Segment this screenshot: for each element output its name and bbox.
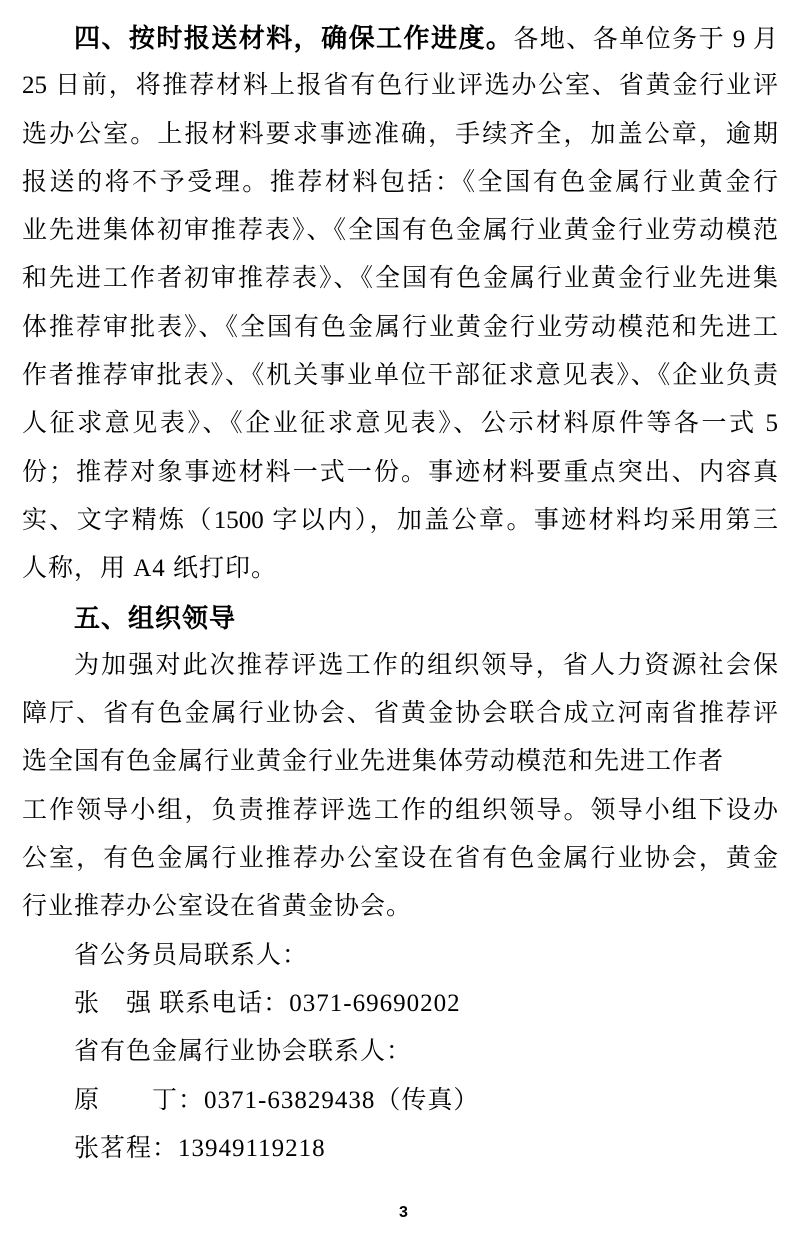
text-line-5: 业先进集体初审推荐表》、《全国有色金属行业黄金行业劳动模范 bbox=[22, 207, 778, 255]
text-line-23: 原 丁：0371-63829438（传真） bbox=[22, 1077, 778, 1125]
bold-heading-run: 四、按时报送材料，确保工作进度。 bbox=[74, 23, 513, 53]
text-line-9: 人征求意见表》、《企业征求意见表》、公示材料原件等各一式 5 bbox=[22, 400, 778, 448]
text-line-18: 公室，有色金属行业推荐办公室设在省有色金属行业协会，黄金 bbox=[22, 835, 778, 883]
text-run: 和先进工作者初审推荐表》、《全国有色金属行业黄金行业先进集 bbox=[22, 265, 778, 292]
text-run: 选办公室。上报材料要求事迹准确，手续齐全，加盖公章，逾期 bbox=[22, 121, 778, 148]
text-line-10: 份；推荐对象事迹材料一式一份。事迹材料要重点突出、内容真 bbox=[22, 449, 778, 497]
text-line-17: 工作领导小组，负责推荐评选工作的组织领导。领导小组下设办 bbox=[22, 787, 778, 835]
text-line-1: 四、按时报送材料，确保工作进度。各地、各单位务于 9 月 bbox=[22, 14, 778, 62]
bold-heading-run: 五、组织领导 bbox=[74, 603, 236, 633]
text-run: 张茗程：13949119218 bbox=[74, 1135, 326, 1162]
text-line-24: 张茗程：13949119218 bbox=[22, 1125, 778, 1173]
text-line-13: 五、组织领导 bbox=[22, 594, 778, 642]
text-line-21: 张 强 联系电话：0371-69690202 bbox=[22, 980, 778, 1028]
text-run: 张 强 联系电话：0371-69690202 bbox=[74, 990, 461, 1017]
text-line-16: 选全国有色金属行业黄金行业先进集体劳动模范和先进工作者 bbox=[22, 738, 778, 786]
text-run: 份；推荐对象事迹材料一式一份。事迹材料要重点突出、内容真 bbox=[22, 459, 778, 486]
text-line-4: 报送的将不予受理。推荐材料包括：《全国有色金属行业黄金行 bbox=[22, 159, 778, 207]
text-line-22: 省有色金属行业协会联系人： bbox=[22, 1028, 778, 1076]
text-line-12: 人称，用 A4 纸打印。 bbox=[22, 545, 778, 593]
text-line-2: 25 日前，将推荐材料上报省有色行业评选办公室、省黄金行业评 bbox=[22, 62, 778, 110]
text-run: 体推荐审批表》、《全国有色金属行业黄金行业劳动模范和先进工 bbox=[22, 314, 778, 341]
text-line-11: 实、文字精炼（1500 字以内），加盖公章。事迹材料均采用第三 bbox=[22, 497, 778, 545]
text-line-8: 作者推荐审批表》、《机关事业单位干部征求意见表》、《企业负责 bbox=[22, 352, 778, 400]
text-line-19: 行业推荐办公室设在省黄金协会。 bbox=[22, 883, 778, 931]
text-run: 原 丁：0371-63829438（传真） bbox=[74, 1087, 479, 1114]
text-line-14: 为加强对此次推荐评选工作的组织领导，省人力资源社会保 bbox=[22, 642, 778, 690]
text-run: 为加强对此次推荐评选工作的组织领导，省人力资源社会保 bbox=[74, 652, 778, 679]
text-run: 各地、各单位务于 9 月 bbox=[513, 26, 778, 53]
text-run: 业先进集体初审推荐表》、《全国有色金属行业黄金行业劳动模范 bbox=[22, 217, 778, 244]
text-run: 25 日前，将推荐材料上报省有色行业评选办公室、省黄金行业评 bbox=[22, 72, 778, 99]
text-run: 省公务员局联系人： bbox=[74, 942, 308, 969]
text-line-20: 省公务员局联系人： bbox=[22, 932, 778, 980]
text-run: 人称，用 A4 纸打印。 bbox=[22, 555, 277, 582]
text-run: 省有色金属行业协会联系人： bbox=[74, 1038, 412, 1065]
text-run: 作者推荐审批表》、《机关事业单位干部征求意见表》、《企业负责 bbox=[22, 362, 778, 389]
text-run: 障厅、省有色金属行业协会、省黄金协会联合成立河南省推荐评 bbox=[22, 700, 778, 727]
text-line-15: 障厅、省有色金属行业协会、省黄金协会联合成立河南省推荐评 bbox=[22, 690, 778, 738]
text-run: 实、文字精炼（1500 字以内），加盖公章。事迹材料均采用第三 bbox=[22, 507, 778, 534]
text-line-3: 选办公室。上报材料要求事迹准确，手续齐全，加盖公章，逾期 bbox=[22, 111, 778, 159]
text-run: 行业推荐办公室设在省黄金协会。 bbox=[22, 893, 412, 920]
text-run: 工作领导小组，负责推荐评选工作的组织领导。领导小组下设办 bbox=[22, 797, 778, 824]
text-run: 选全国有色金属行业黄金行业先进集体劳动模范和先进工作者 bbox=[22, 748, 724, 775]
text-line-7: 体推荐审批表》、《全国有色金属行业黄金行业劳动模范和先进工 bbox=[22, 304, 778, 352]
page-number: 3 bbox=[0, 1204, 807, 1222]
text-run: 人征求意见表》、《企业征求意见表》、公示材料原件等各一式 5 bbox=[22, 410, 778, 437]
text-run: 报送的将不予受理。推荐材料包括：《全国有色金属行业黄金行 bbox=[22, 169, 778, 196]
text-run: 公室，有色金属行业推荐办公室设在省有色金属行业协会，黄金 bbox=[22, 845, 778, 872]
document-body: 四、按时报送材料，确保工作进度。各地、各单位务于 9 月25 日前，将推荐材料上… bbox=[22, 14, 778, 1173]
document-page: 四、按时报送材料，确保工作进度。各地、各单位务于 9 月25 日前，将推荐材料上… bbox=[0, 0, 807, 1241]
text-line-6: 和先进工作者初审推荐表》、《全国有色金属行业黄金行业先进集 bbox=[22, 255, 778, 303]
